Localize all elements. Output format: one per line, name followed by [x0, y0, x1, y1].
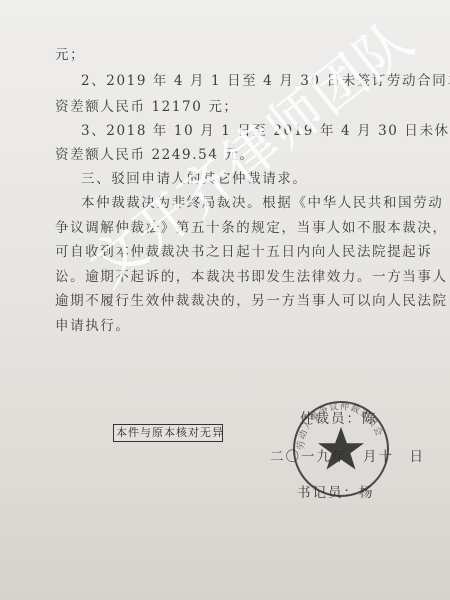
clerk-signature: 书记员：杨 [297, 484, 375, 502]
copy-verification-stamp: 本件与原本核对无异 [113, 424, 223, 442]
arbitrator-signature: 仲裁员：陈 [300, 410, 378, 428]
text-line-item-2-cont: 资差额人民币 12170 元； [55, 98, 239, 116]
date-line: 二〇一九年 月十 日 [270, 448, 425, 466]
document-page: 元； 2、2019 年 4 月 1 日至 4 月 30 日未签订劳动合同二倍工 … [0, 0, 450, 600]
text-line-ruling-6: 申请执行。 [55, 317, 131, 335]
text-line-continuation: 元； [55, 46, 85, 64]
